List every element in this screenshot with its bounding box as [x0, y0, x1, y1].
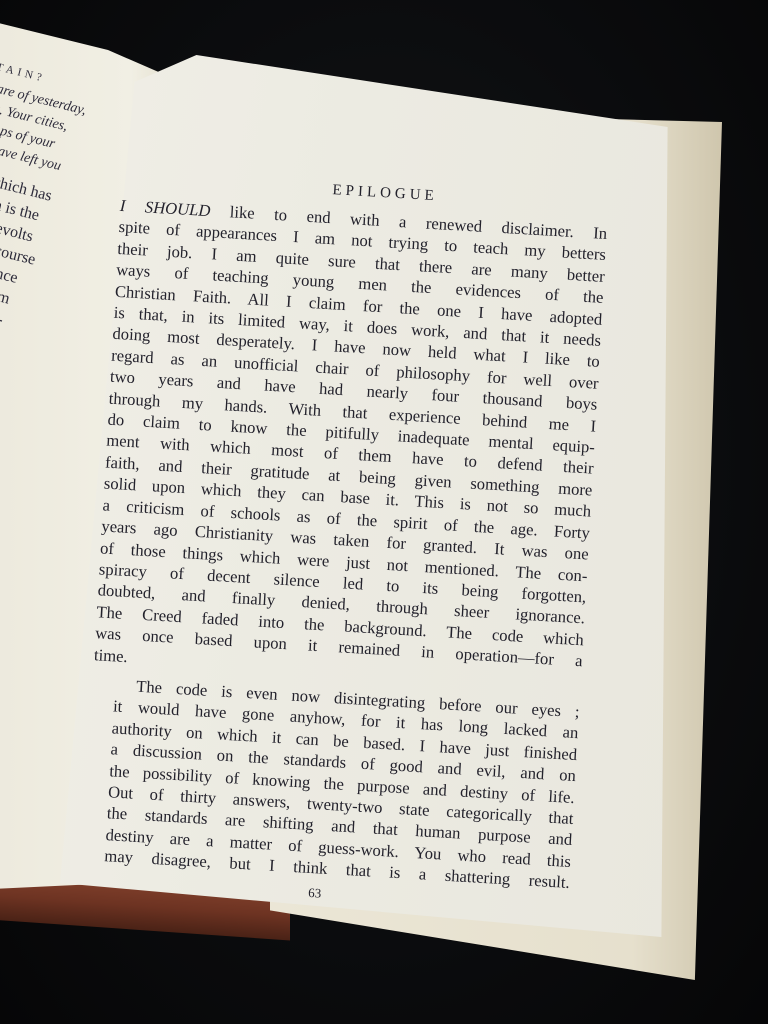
- paragraph-2: The code is even now disintegrating befo…: [82, 673, 580, 893]
- photo-scene: TAIN? e are of yesterday, urs. Your citi…: [0, 0, 768, 1024]
- right-page-text: EPILOGUE I SHOULD like to end with a ren…: [81, 170, 610, 915]
- paragraph-1: I SHOULD like to end with a renewed disc…: [93, 195, 607, 693]
